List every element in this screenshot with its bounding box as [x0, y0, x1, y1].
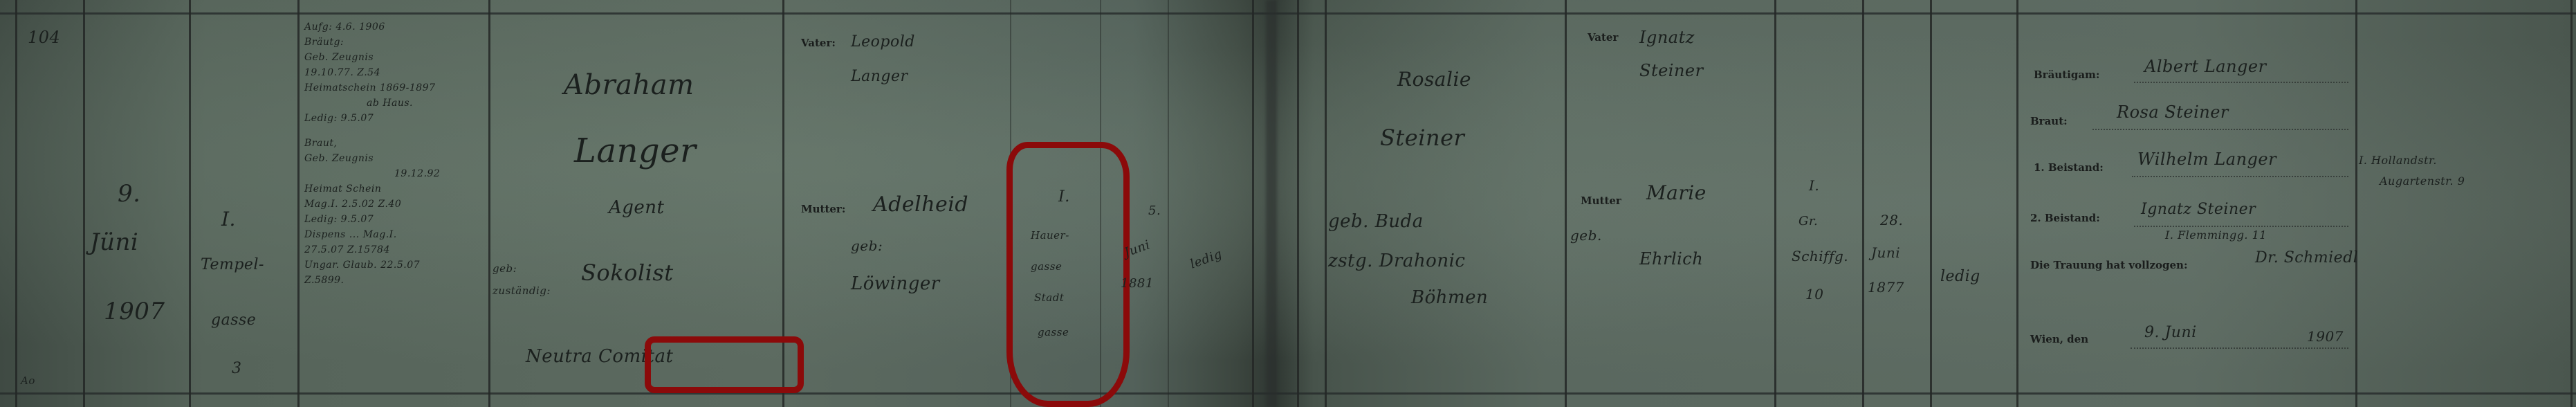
note-line: Ledig: 9.5.07: [304, 212, 440, 227]
groom-mother-label: Mutter:: [801, 202, 845, 216]
bottom-rule: [0, 392, 2576, 395]
circled-line-1: I.: [1058, 190, 1070, 204]
note-line: ab Haus.: [304, 96, 440, 111]
groom-first-name: Abraham: [564, 69, 694, 101]
circled-line-3: gasse: [1031, 260, 1062, 273]
col-rule: [1252, 0, 1254, 407]
officiant-signature: Dr. Schmiedl: [2255, 249, 2358, 266]
note-line: Heimatschein 1869-1897: [304, 80, 440, 96]
officiant-label: Die Trauung hat vollzogen:: [2030, 258, 2187, 272]
bride-last-name: Steiner: [1380, 125, 1464, 151]
circled-line-2: Hauer-: [1031, 228, 1069, 242]
groom-birth-label: geb:: [493, 262, 517, 275]
note-line: Braut,: [304, 136, 440, 151]
groom-birth-day: 5.: [1148, 204, 1161, 218]
bride-birth-year: 1877: [1868, 280, 1904, 294]
district-line-3: gasse: [211, 311, 256, 329]
note-line: Bräutg:: [304, 35, 440, 50]
sig-line: [2134, 226, 2348, 227]
groom-birth-place: Sokolist: [581, 260, 674, 286]
wedding-year: 1907: [104, 298, 165, 325]
note-line: Aufg: 4.6. 1906: [304, 19, 440, 35]
witness2-address: I. Flemmingg. 11: [2165, 228, 2267, 242]
witness2-signature: Ignatz Steiner: [2141, 201, 2256, 218]
groom-birth-year: 1881: [1121, 277, 1154, 291]
bride-mother-maiden: Ehrlich: [1639, 249, 1703, 269]
place-date-value: 9. Juni: [2144, 324, 2197, 341]
wedding-day: 9.: [118, 180, 140, 208]
sig-line: [2132, 176, 2348, 177]
entry-number: 104: [28, 28, 60, 47]
bride-status: ledig: [1940, 270, 1980, 284]
groom-signature: Albert Langer: [2144, 57, 2267, 76]
register-page: 104 Ao 9. Jüni 1907 I. Tempel- gasse 3 A…: [0, 0, 2576, 407]
bride-mother-maiden-prefix: geb.: [1570, 228, 1602, 242]
bride-father-label: Vater: [1588, 30, 1618, 44]
bride-residence-region: Böhmen: [1411, 287, 1488, 308]
col-rule: [189, 0, 191, 407]
witness1-signature: Wilhelm Langer: [2137, 150, 2276, 169]
note-line: Mag.I. 2.5.02 Z.40: [304, 197, 440, 212]
place-date-label: Wien, den: [2030, 332, 2088, 346]
district-line-1: I.: [221, 208, 236, 230]
col-rule: [1862, 0, 1864, 407]
footer-mark: Ao: [21, 374, 35, 388]
groom-occupation: Agent: [609, 197, 665, 218]
note-line: Geb. Zeugnis: [304, 151, 440, 166]
witness-address-2: Augartenstr. 9: [2380, 174, 2465, 188]
col-rule: [1930, 0, 1932, 407]
red-annotation-box: [645, 336, 804, 393]
groom-mother-maiden: Löwinger: [851, 273, 940, 294]
bride-mother-first: Marie: [1646, 181, 1706, 204]
district-line-4: 3: [232, 360, 242, 377]
note-line: Dispens ... Mag.I.: [304, 227, 440, 242]
bride-residence-line-4: 10: [1805, 287, 1823, 301]
notes-column: Aufg: 4.6. 1906 Bräutg: Geb. Zeugnis 19.…: [304, 19, 440, 288]
wedding-month: Jüni: [90, 228, 138, 256]
groom-sig-label: Bräutigam:: [2034, 68, 2099, 82]
groom-father-label: Vater:: [801, 36, 836, 50]
groom-father-name: Leopold Langer: [851, 25, 968, 94]
witness-address-1: I. Hollandstr.: [2359, 154, 2437, 168]
note-line: Z.5899.: [304, 273, 440, 288]
col-rule: [83, 0, 85, 407]
place-date-year: 1907: [2307, 329, 2344, 343]
col-rule: [1774, 0, 1776, 407]
bride-mother-label: Mutter: [1581, 194, 1621, 208]
col-rule: [2016, 0, 2018, 407]
note-line: 27.5.07 Z.15784: [304, 242, 440, 257]
col-rule: [488, 0, 490, 407]
red-annotation-loop: [1006, 142, 1130, 407]
circled-line-4: Stadt: [1034, 291, 1064, 305]
col-rule: [2355, 0, 2357, 407]
note-line: Ledig: 9.5.07: [304, 111, 440, 126]
bride-birth: geb. Buda: [1328, 211, 1424, 232]
page-fold: [1266, 0, 1277, 407]
sig-line: [2092, 129, 2348, 130]
groom-status: ledig: [1188, 247, 1224, 271]
circled-line-5: gasse: [1038, 325, 1069, 339]
col-rule: [15, 0, 17, 407]
bride-sig-label: Braut:: [2030, 114, 2068, 128]
note-line: Ungar. Glaub. 22.5.07: [304, 257, 440, 273]
groom-residence-label: zuständig:: [493, 284, 551, 298]
groom-last-name: Langer: [574, 132, 696, 170]
bride-residence-line-2: Gr.: [1798, 215, 1818, 228]
bride-residence: zstg. Drahonic: [1328, 251, 1465, 271]
col-rule: [297, 0, 300, 407]
sig-line: [2131, 347, 2348, 349]
bride-residence-line-1: I.: [1809, 179, 1819, 192]
bride-signature: Rosa Steiner: [2117, 102, 2229, 122]
note-line: 19.12.92: [304, 166, 440, 181]
sig-line: [2134, 82, 2348, 83]
bride-residence-line-3: Schiffg.: [1792, 249, 1848, 263]
col-rule: [1168, 0, 1169, 407]
note-line: 19.10.77. Z.54: [304, 65, 440, 80]
bride-birth-day: 28.: [1880, 213, 1903, 227]
bride-first-name: Rosalie: [1397, 68, 1471, 91]
witness2-label: 2. Beistand:: [2030, 211, 2100, 225]
col-rule: [1325, 0, 1327, 407]
top-rule: [0, 12, 2576, 15]
note-line: Heimat Schein: [304, 181, 440, 197]
groom-mother-maiden-prefix: geb:: [851, 239, 883, 253]
bride-father-name: Ignatz Steiner: [1639, 21, 1736, 87]
bride-birth-month: Juni: [1871, 246, 1900, 260]
groom-mother-first: Adelheid: [873, 192, 968, 217]
district-line-2: Tempel-: [201, 256, 264, 273]
col-rule: [2570, 0, 2573, 407]
col-rule: [1297, 0, 1299, 407]
witness1-label: 1. Beistand:: [2034, 161, 2104, 174]
col-rule: [1565, 0, 1567, 407]
note-line: Geb. Zeugnis: [304, 50, 440, 65]
